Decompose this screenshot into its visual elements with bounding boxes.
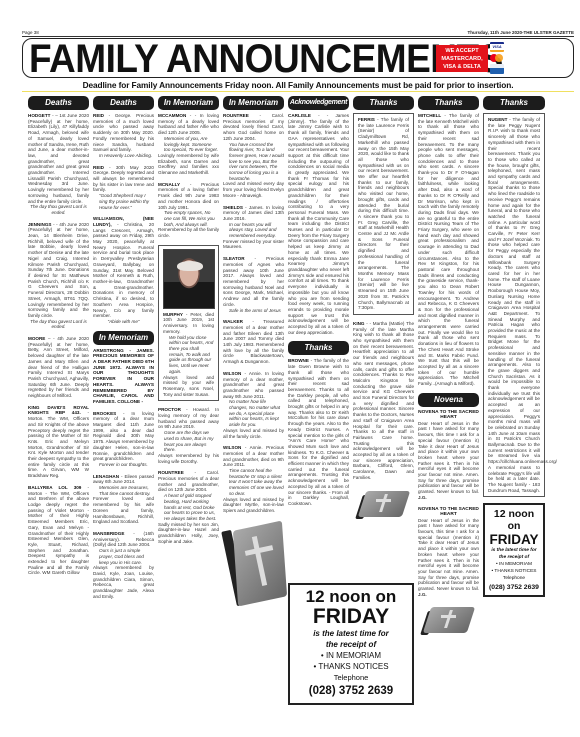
deadline-advert-large: 12 noon on FRIDAY is the latest time for… bbox=[288, 583, 414, 705]
memoriam-notice: MCNALLY - Precious memories of a loving … bbox=[158, 182, 219, 239]
death-notice: JENNINGS - - 4th June 2020 (Peacefully) … bbox=[28, 222, 89, 330]
column-thanks-1: Thanks FERRIS - The family of the late L… bbox=[353, 96, 414, 527]
card-acceptance-badge: WE ACCEPT MASTERCARD, VISA & DELTA bbox=[436, 45, 488, 72]
memoriam-notice: MCCAMMON - - In loving memory of a dearl… bbox=[158, 113, 219, 176]
section-header: In Memoriam bbox=[93, 331, 154, 345]
deadline-notice: Deadline for Family Announcements Friday… bbox=[22, 80, 574, 92]
death-notice: MOORE – - 4th June 2020 (Peacefully) at … bbox=[28, 336, 89, 399]
thanks-notice: MITCHELL - The family of the late Kennet… bbox=[418, 113, 479, 387]
column-deaths-2: Deaths REID - George. Precious memories … bbox=[93, 96, 154, 605]
death-notice: WILLIAMSON, (NEE LUNDY), - Christina, 20… bbox=[93, 216, 154, 324]
memoriam-notice: PROCTOR - Howard. In loving memory of my… bbox=[158, 407, 219, 464]
memoriam-notice: MANSBRIDGE - (16th Anniversary). Rebecca… bbox=[93, 531, 154, 599]
acknowledgement-notice: CARLISLE - - James (Jimmy). The family o… bbox=[288, 113, 349, 335]
section-header: In Memoriam bbox=[223, 96, 284, 110]
accept-line-2: MASTERCARD, bbox=[436, 55, 488, 63]
accept-line-3: VISA & DELTA bbox=[436, 63, 488, 71]
announcement-columns: Deaths HODGETT - – 1st June 2020 (Peacef… bbox=[28, 96, 578, 736]
family-announcements-banner: FAMILY ANNOUNCEMENTS WE ACCEPT MASTERCAR… bbox=[22, 38, 574, 78]
death-notice: REID - 30th May 2020 George. Deeply regr… bbox=[93, 165, 154, 211]
section-header: Thanks bbox=[288, 341, 349, 355]
memoriam-notice: ROUNTREE - Carol. Precious memories of m… bbox=[223, 113, 284, 199]
column-deaths-1: Deaths HODGETT - – 1st June 2020 (Peacef… bbox=[28, 96, 89, 582]
column-memoriam-2: In Memoriam ROUNTREE - Carol. Precious m… bbox=[223, 96, 284, 619]
thanks-notice: FERRIS - The family of the late Laurence… bbox=[353, 113, 414, 315]
death-notice: HODGETT - – 1st June 2020 (Peacefully) a… bbox=[28, 113, 89, 216]
memoriam-notice: BROOKES - In loving memory of a dear mum… bbox=[93, 411, 154, 468]
section-header: Novena bbox=[418, 393, 479, 407]
memoriam-notice: ROUNTREE - Carol. Precious memories of a… bbox=[158, 470, 219, 544]
memoriam-notice: WALKER - Treasured memories of a dear mo… bbox=[223, 319, 284, 365]
payment-cards: VISA bbox=[490, 42, 504, 75]
delta-card-icon bbox=[490, 64, 504, 74]
death-notice: KING DAVID'S ROYAL KNIGHTS RBP 443. - Mo… bbox=[28, 405, 89, 479]
dateline: Thursday, 11th June 2020-THE ULSTER GAZE… bbox=[468, 30, 574, 35]
section-header: Thanks bbox=[483, 96, 545, 110]
memoriam-notice: WILSON - Annie. In loving memory of a de… bbox=[223, 371, 284, 439]
section-header: In Memoriam bbox=[158, 96, 219, 110]
bible-icon bbox=[223, 520, 293, 615]
column-thanks-3: Thanks NUGENT - The family of the late P… bbox=[483, 96, 545, 597]
memoriam-notice: SLEATOR - Precious memories of Agnes who… bbox=[223, 256, 284, 313]
novena-notice: NOVENA TO THE SACRED HEARTDear Heart of … bbox=[418, 410, 479, 501]
memoriam-notice: WILSON - Annie. Precious memories of a d… bbox=[223, 445, 284, 513]
column-thanks-2: Thanks MITCHELL - The family of the late… bbox=[418, 96, 479, 643]
memorial-photo bbox=[163, 249, 215, 309]
photo-memoriam-notice: MURPHY - Peter, died 10th June 2019, 1st… bbox=[158, 245, 219, 402]
section-header: Deaths bbox=[28, 96, 89, 110]
section-header: Thanks bbox=[353, 96, 414, 110]
deadline-advert-small: 12 noon on FRIDAY is the latest time for… bbox=[483, 503, 545, 597]
novena-notice: NOVENA TO THE SACRED HEARTDear Heart of … bbox=[418, 507, 479, 598]
memoriam-notice: SHIELDS - James. In loving memory of Jam… bbox=[223, 205, 284, 251]
column-memoriam-1: In Memoriam MCCAMMON - - In loving memor… bbox=[158, 96, 219, 550]
thanks-notice: NUGENT - The family of the late Peggy Nu… bbox=[483, 113, 545, 497]
memoriam-notice: ARMSTRONG - JAMES. PRECIOUS MEMORIES OF … bbox=[93, 348, 154, 405]
section-header: Deaths bbox=[93, 96, 154, 110]
memoriam-notice: LENAGHAN - Eileen passed away 6th June 2… bbox=[93, 474, 154, 525]
accept-line-1: WE ACCEPT bbox=[436, 47, 488, 55]
visa-card-icon: VISA bbox=[490, 42, 504, 52]
bible-icon bbox=[421, 603, 477, 639]
death-notice: BALLYREA LOL 309 - Morton - The WM, Offi… bbox=[28, 485, 89, 576]
page-number: Page 38 bbox=[22, 30, 39, 35]
thanks-notice: BROWNE - The family of the late Gwen Bro… bbox=[288, 358, 349, 506]
mastercard-icon bbox=[490, 53, 504, 63]
section-header: Acknowledgement bbox=[288, 96, 349, 110]
thanks-notice: KING - - Martha (Mattie) The Family of t… bbox=[353, 321, 414, 481]
death-notice: REID - George. Precious memories of a mu… bbox=[93, 113, 154, 159]
banner-title: FAMILY ANNOUNCEMENTS bbox=[29, 38, 503, 78]
bible-icon bbox=[356, 487, 412, 523]
column-acknowledgement: Acknowledgement CARLISLE - - James (Jimm… bbox=[288, 96, 349, 513]
section-header: Thanks bbox=[418, 96, 479, 110]
